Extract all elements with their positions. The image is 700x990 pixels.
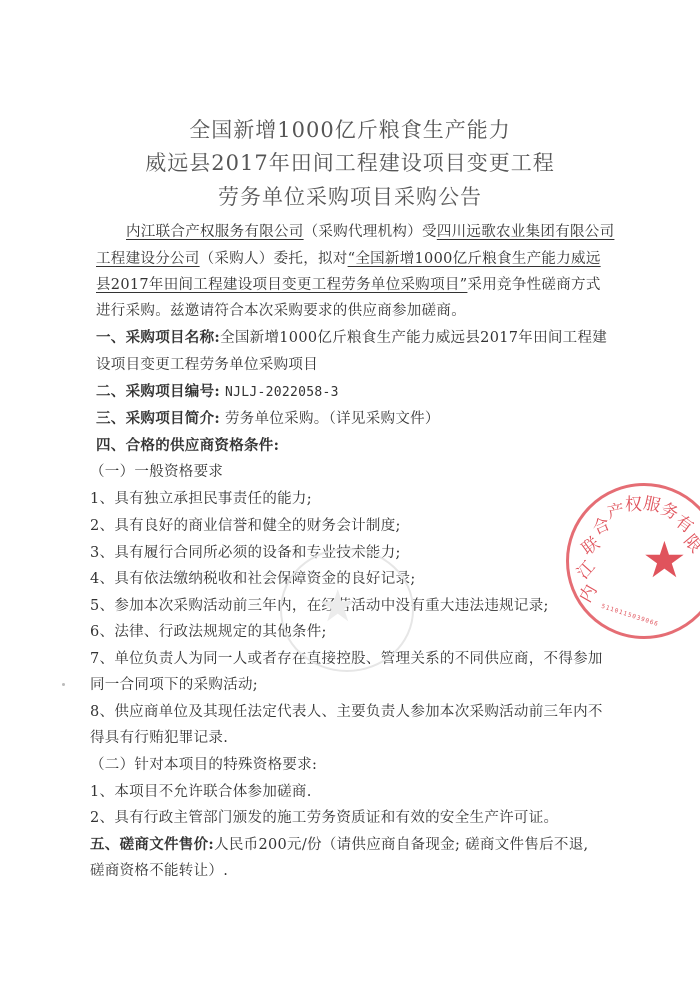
special-requirements-heading: （二）针对本项目的特殊资格要求: <box>90 753 317 774</box>
section-3-value: 劳务单位采购。（详见采购文件） <box>225 411 440 427</box>
section-1-value-a: 全国新增1000亿斤粮食生产能力威远县2017年田间工程建 <box>220 330 607 346</box>
section-2-label: 二、采购项目编号: <box>96 383 220 400</box>
section-5-label: 五、磋商文件售价: <box>90 836 214 853</box>
intro-line-2: 工程建设分公司（采购人）委托，拟对“全国新增1000亿斤粮食生产能力威远 <box>96 247 601 268</box>
section-3-label: 三、采购项目简介: <box>96 410 220 427</box>
ghost-star-icon: ★ <box>318 585 357 629</box>
section-1-label: 一、采购项目名称: <box>96 329 220 346</box>
general-item-8: 8、供应商单位及其现任法定代表人、主要负责人参加本次采购活动前三年内不 <box>90 700 603 721</box>
purchaser-name-b: 工程建设分公司 <box>96 251 200 267</box>
purchaser-role: （采购人）委托，拟对 <box>200 251 348 267</box>
general-item-1: 1、具有独立承担民事责任的能力; <box>90 487 312 508</box>
procurement-method: 采用竞争性磋商方式 <box>467 277 600 293</box>
general-item-2: 2、具有良好的商业信誉和健全的财务会计制度; <box>90 514 401 535</box>
title-line-1: 全国新增1000亿斤粮食生产能力 <box>0 114 700 144</box>
general-item-8-cont: 得具有行贿犯罪记录. <box>90 726 228 747</box>
section-5: 五、磋商文件售价:人民币200元/份（请供应商自备现金; 磋商文件售后不退, <box>90 833 588 854</box>
title-line-3: 劳务单位采购项目采购公告 <box>0 181 700 211</box>
section-4-label: 四、合格的供应商资格条件: <box>96 434 279 455</box>
title-line-2: 威远县2017年田间工程建设项目变更工程 <box>0 147 700 177</box>
project-name-a: “全国新增1000亿斤粮食生产能力威远 <box>348 251 601 267</box>
agency-role: （采购代理机构）受 <box>304 224 437 240</box>
section-1-value-b: 设项目变更工程劳务单位采购项目 <box>96 353 318 374</box>
scan-speck <box>62 683 65 686</box>
special-item-2: 2、具有行政主管部门颁发的施工劳务资质证和有效的安全生产许可证。 <box>90 806 558 827</box>
project-number: NJLJ-2022058-3 <box>225 385 339 400</box>
intro-closing: 进行采购。兹邀请符合本次采购要求的供应商参加磋商。 <box>96 299 466 320</box>
project-name-b: 县2017年田间工程建设项目变更工程劳务单位采购项目” <box>96 277 467 293</box>
general-item-7-cont: 同一合同项下的采购活动; <box>90 673 258 694</box>
agency-name: 内江联合产权服务有限公司 <box>126 224 304 240</box>
special-item-1: 1、本项目不允许联合体参加磋商. <box>90 780 312 801</box>
section-3: 三、采购项目简介: 劳务单位采购。（详见采购文件） <box>96 407 440 428</box>
section-2: 二、采购项目编号: NJLJ-2022058-3 <box>96 380 339 401</box>
purchaser-name-a: 四川远歌农业集团有限公司 <box>437 224 615 240</box>
general-requirements-heading: （一）一般资格要求 <box>90 460 223 481</box>
section-5-value-b: 磋商资格不能转让）. <box>90 859 228 880</box>
intro-line-3: 县2017年田间工程建设项目变更工程劳务单位采购项目”采用竞争性磋商方式 <box>96 273 601 294</box>
seal-char: 权 <box>625 490 642 515</box>
section-4-label-text: 四、合格的供应商资格条件: <box>96 437 279 454</box>
intro-line-1: 内江联合产权服务有限公司（采购代理机构）受四川远歌农业集团有限公司 <box>126 220 614 241</box>
section-5-value-a: 人民币200元/份（请供应商自备现金; 磋商文件售后不退, <box>214 837 588 853</box>
section-1-line-1: 一、采购项目名称:全国新增1000亿斤粮食生产能力威远县2017年田间工程建 <box>96 326 607 347</box>
